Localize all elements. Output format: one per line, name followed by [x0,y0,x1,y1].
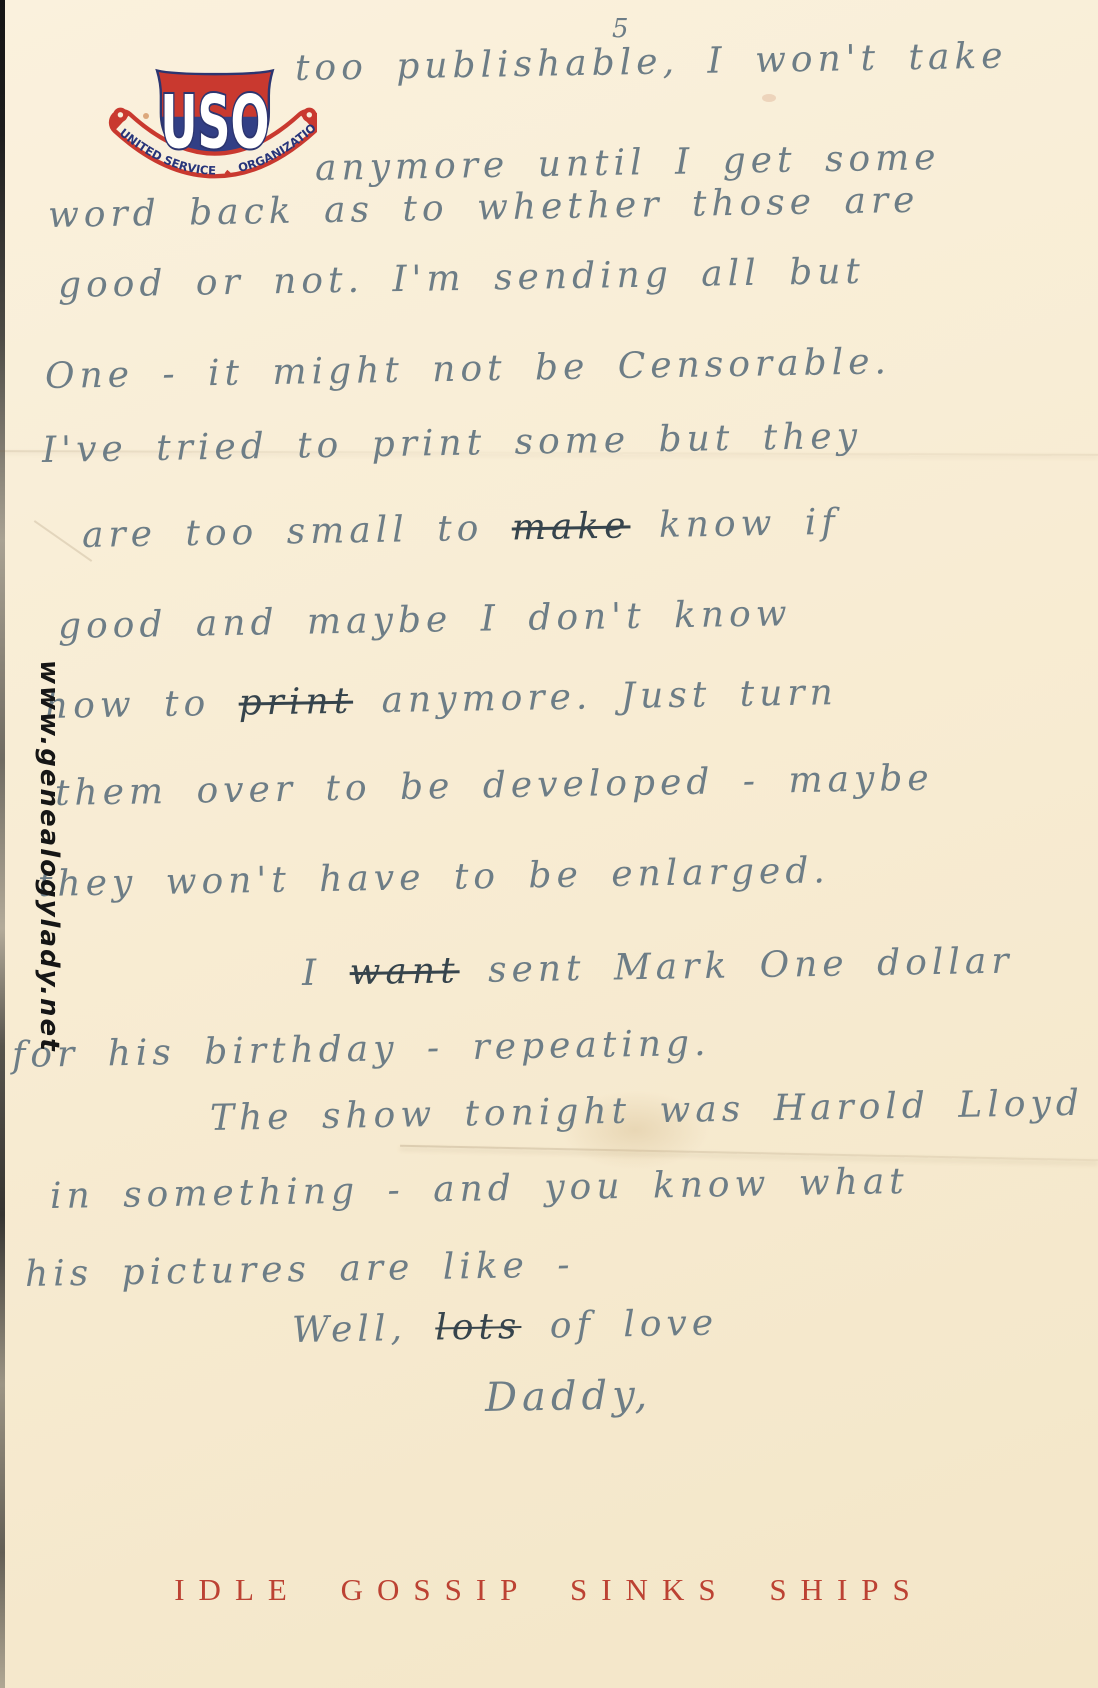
letter-text: word back as to whether those are [48,180,920,236]
watermark-text: www.genealogylady.net [34,660,64,1053]
letter-text: are too small to [82,508,512,556]
letter-text: know if [630,502,840,547]
letter-body: too publishable, I won't takeanymore unt… [0,0,1098,1688]
letter-line: in something - and you know what [50,1161,909,1217]
letter-text: good or not. I'm sending all but [58,251,866,306]
letter-line: Well, lots of love [292,1303,719,1351]
letter-line: I want sent Mark One dollar [302,941,1014,994]
letter-line: his pictures are like - [25,1244,575,1295]
strikethrough-word: want [349,950,460,993]
letter-text: for his birthday - repeating. [12,1023,711,1076]
letter-text: One - it might not be Censorable. [45,341,892,397]
letter-text: they won't have to be enlarged. [38,850,830,905]
letter-text: Daddy, [485,1372,653,1421]
letter-line: good and maybe I don't know [58,593,792,647]
strikethrough-word: print [238,681,353,724]
letter-line: One - it might not be Censorable. [45,341,892,397]
letter-line: The show tonight was Harold Lloyd [210,1083,1085,1139]
letter-text: I've tried to print some but they [42,416,863,471]
letter-line: good or not. I'm sending all but [58,251,866,306]
letter-page: UNITED SERVICE ◆ ORGANIZATIONS USO 5 too… [0,0,1098,1688]
letter-line: are too small to make know if [82,502,840,556]
letter-text: in something - and you know what [50,1161,909,1217]
letter-line: for his birthday - repeating. [12,1023,711,1076]
footer-slogan: IDLE GOSSIP SINKS SHIPS [0,1572,1098,1608]
letter-text: his pictures are like - [25,1244,575,1295]
letter-line: them over to be developed - maybe [55,758,934,814]
letter-text: The show tonight was Harold Lloyd [210,1083,1085,1139]
letter-text: I [302,952,350,994]
letter-text: sent Mark One dollar [459,941,1014,992]
strikethrough-word: make [511,505,630,548]
letter-line: I've tried to print some but they [42,416,863,471]
letter-text: of love [521,1303,718,1347]
overwritten-word: lots [435,1306,522,1348]
letter-text: them over to be developed - maybe [55,758,934,814]
letter-text: anymore. Just turn [353,672,838,721]
letter-text: good and maybe I don't know [58,593,792,647]
letter-line: too publishable, I won't take [295,36,1008,89]
letter-text: how to [45,683,239,727]
letter-line: they won't have to be enlarged. [38,850,830,905]
letter-line: Daddy, [485,1372,653,1421]
letter-line: word back as to whether those are [48,180,920,236]
letter-text: Well, [292,1308,436,1351]
letter-line: how to print anymore. Just turn [45,672,838,727]
letter-text: too publishable, I won't take [295,36,1008,89]
